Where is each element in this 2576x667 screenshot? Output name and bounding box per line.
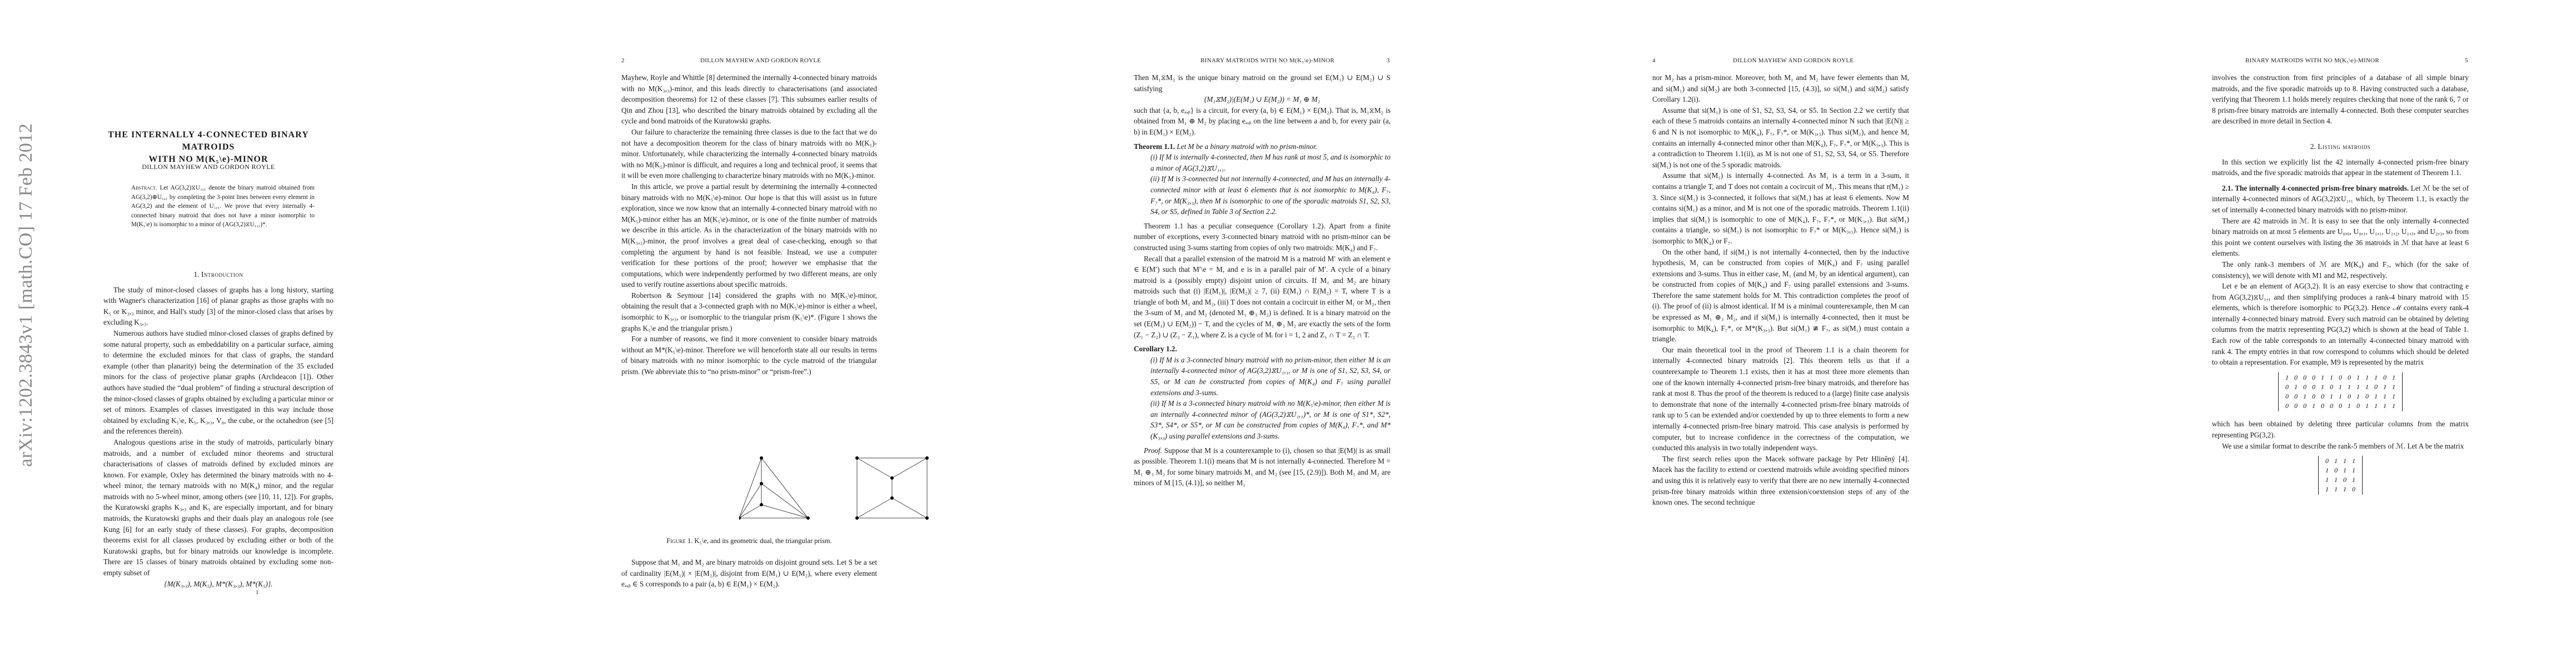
matrix-cell: 0 [2323, 457, 2331, 465]
paragraph: Numerous authors have studied minor-clos… [103, 328, 333, 437]
matrix-cell: 1 [2372, 402, 2380, 410]
matrix-cell: 1 [2381, 402, 2389, 410]
matrix-cell: 1 [2319, 374, 2326, 382]
page-3: BINARY MATROIDS WITH NO M(K₅\e)-MINOR 3 … [1134, 0, 1445, 667]
matrix-cell: 1 [2372, 392, 2380, 401]
paragraph: Our failure to characterize the remainin… [621, 127, 877, 181]
display-equation: (M₁⧖M₂)|(E(M₁) ∪ E(M₂)) = M₁ ⊕ M₂ [1134, 94, 1391, 105]
paragraph: Mayhew, Royle and Whittle [8] determined… [621, 72, 877, 127]
matrix-cell: 1 [2363, 374, 2371, 382]
matrix-cell: 1 [2390, 374, 2398, 382]
page-number: 2 [621, 57, 625, 64]
matrix-cell: 1 [2323, 476, 2331, 484]
matrix-cell: 1 [2332, 485, 2340, 494]
matrix-cell: 0 [2328, 402, 2335, 410]
paragraph: Assume that si(M₁) is one of S1, S2, S3,… [1652, 105, 1909, 171]
abstract: Abstract. Let AG(3,2)⧖U₁,₁ denote the bi… [131, 183, 315, 230]
page-2-after-figure: Suppose that M₁ and M₂ are binary matroi… [621, 557, 877, 590]
section-heading: 1. Introduction [103, 269, 333, 280]
matrix-cell: 1 [2354, 383, 2362, 391]
page-number: 3 [1387, 57, 1390, 64]
matrix-cell: 0 [2332, 466, 2340, 475]
page-3-body: Then M₁⧖M₂ is the unique binary matroid … [1134, 72, 1391, 489]
matrix-cell: 1 [2328, 374, 2335, 382]
matrix-cell: 1 [2350, 476, 2358, 484]
theorem-item: (i) If M is internally 4-connected, then… [1134, 152, 1391, 173]
matrix-cell: 0 [2292, 402, 2300, 410]
matrix-cell: 0 [2292, 374, 2300, 382]
paper-title: THE INTERNALLY 4-CONNECTED BINARY MATROI… [89, 129, 328, 166]
abstract-label: Abstract. [131, 185, 157, 191]
matrix-cell: 0 [2301, 383, 2309, 391]
matrix-cell: 1 [2341, 457, 2349, 465]
matrix-cell: 0 [2319, 402, 2326, 410]
matrix-cell: 1 [2283, 374, 2291, 382]
matrix-cell: 1 [2341, 466, 2349, 475]
figure-label: Figure 1. [666, 537, 692, 545]
matrix-cell: 1 [2341, 485, 2349, 494]
theorem-item: (ii) If M is 3-connected but not interna… [1134, 173, 1391, 217]
matrix-cell: 1 [2390, 392, 2398, 401]
paragraph: Theorem 1.1 has a peculiar consequence (… [1134, 221, 1391, 253]
running-head: DILLON MAYHEW AND GORDON ROYLE [1733, 57, 1853, 64]
matrix-cell: 0 [2283, 402, 2291, 410]
authors: DILLON MAYHEW AND GORDON ROYLE [89, 163, 328, 171]
matrix-cell: 0 [2336, 402, 2344, 410]
matrix-row: 1110 [2323, 485, 2358, 494]
matrix-cell: 1 [2381, 383, 2389, 391]
matrix-cell: 1 [2328, 392, 2335, 401]
paragraph: On the other hand, if si(M₁) is not inte… [1652, 247, 1909, 345]
matrix-cell: 0 [2372, 383, 2380, 391]
k5-minus-e-graph [739, 458, 808, 518]
matrix-row: 1000110011101 [2283, 374, 2398, 382]
matrix-cell: 1 [2381, 392, 2389, 401]
page-5: BINARY MATROIDS WITH NO M(K₅\e)-MINOR 5 … [2162, 0, 2473, 667]
matrix-row: 0001000101111 [2283, 402, 2398, 410]
page-number: 4 [1652, 57, 1656, 64]
matrix-cell: 0 [2301, 374, 2309, 382]
paragraph: The first search relies upon the Macek s… [1652, 454, 1909, 508]
matrix-a: 0111101111011110 [2318, 456, 2363, 495]
matrix-row: 1011 [2323, 466, 2358, 475]
paragraph: In this article, we prove a partial resu… [621, 181, 877, 290]
paragraph: Recall that a parallel extension of the … [1134, 253, 1391, 341]
matrix-m9: 1000110011101010010111101100100110101110… [2278, 372, 2403, 411]
matrix-cell: 1 [2292, 383, 2300, 391]
matrix-cell: 1 [2332, 476, 2340, 484]
page-4-body: nor M₂ has a prism-minor. Moreover, both… [1652, 72, 1909, 508]
matrix-cell: 0 [2283, 392, 2291, 401]
matrix-cell: 1 [2363, 383, 2371, 391]
page-1: THE INTERNALLY 4-CONNECTED BINARY MATROI… [0, 0, 356, 667]
paragraph: The only rank-3 members of ℳ are M(K₄) a… [2212, 259, 2469, 281]
corollary-item: (ii) If M is a 3-connected binary matroi… [1134, 398, 1391, 441]
paragraph: Our main theoretical tool in the proof o… [1652, 345, 1909, 454]
figure-1-caption: Figure 1. K₅\e, and its geometric dual, … [621, 537, 877, 545]
paragraph: In this section we explicitly list the 4… [2212, 157, 2469, 178]
subsection: 2.1. The internally 4-connected prism-fr… [2212, 183, 2469, 216]
page-4: 4 DILLON MAYHEW AND GORDON ROYLE nor M₂ … [1650, 0, 1961, 667]
matrix-row: 1101 [2323, 476, 2358, 484]
matrix-cell: 1 [2390, 402, 2398, 410]
paragraph: nor M₂ has a prism-minor. Moreover, both… [1652, 72, 1909, 105]
matrix-cell: 1 [2345, 402, 2353, 410]
paragraph: Then M₁⧖M₂ is the unique binary matroid … [1134, 72, 1391, 94]
matrix-m9-block: 1000110011101010010111101100100110101110… [2212, 372, 2469, 415]
matrix-cell: 0 [2301, 402, 2309, 410]
paragraph: We use a similar format to describe the … [2212, 441, 2469, 452]
matrix-cell: 0 [2345, 392, 2353, 401]
paragraph: such that {a, b, eₐ,ᵦ} is a circuit, for… [1134, 105, 1391, 138]
triangular-prism-graph [857, 458, 927, 518]
paragraph: For a number of reasons, we find it more… [621, 333, 877, 377]
paragraph: Robertson & Seymour [14] considered the … [621, 290, 877, 333]
matrix-cell: 0 [2292, 392, 2300, 401]
matrix-cell: 1 [2354, 374, 2362, 382]
paragraph: Analogous questions arise in the study o… [103, 437, 333, 579]
matrix-cell: 1 [2345, 383, 2353, 391]
matrix-cell: 1 [2372, 374, 2380, 382]
matrix-cell: 0 [2310, 392, 2318, 401]
page-number: 1 [256, 589, 259, 596]
matrix-cell: 1 [2323, 485, 2331, 494]
paragraph: The study of minor-closed classes of gra… [103, 285, 333, 328]
corollary-1-2: Corollary 1.2. [1134, 344, 1391, 355]
title-line-1: THE INTERNALLY 4-CONNECTED BINARY MATROI… [89, 129, 328, 153]
matrix-cell: 1 [2319, 383, 2326, 391]
matrix-cell: 0 [2328, 383, 2335, 391]
matrix-cell: 1 [2310, 402, 2318, 410]
matrix-cell: 1 [2390, 383, 2398, 391]
matrix-cell: 0 [2354, 402, 2362, 410]
paragraph: Let e be an element of AG(3,2). It is an… [2212, 281, 2469, 368]
matrix-row: 0010011010111 [2283, 392, 2398, 401]
matrix-cell: 0 [2310, 383, 2318, 391]
matrix-cell: 0 [2319, 392, 2326, 401]
matrix-cell: 0 [2350, 485, 2358, 494]
proof: Proof. Suppose that M is a counterexampl… [1134, 445, 1391, 489]
theorem-1-1: Theorem 1.1. Let M be a binary matroid w… [1134, 141, 1391, 152]
page-2-body: Mayhew, Royle and Whittle [8] determined… [621, 72, 877, 377]
paragraph: Assume that si(M₁) is internally 4-conne… [1652, 170, 1909, 246]
matrix-cell: 1 [2301, 392, 2309, 401]
display-equation: {M(K₃,₃), M(K₅), M*(K₃,₃), M*(K₅)}. [103, 579, 333, 590]
matrix-cell: 1 [2354, 392, 2362, 401]
matrix-cell: 0 [2336, 374, 2344, 382]
matrix-cell: 1 [2332, 457, 2340, 465]
page-1-body: 1. Introduction The study of minor-close… [103, 261, 333, 589]
matrix-row: 0111 [2323, 457, 2358, 465]
page-5-body: involves the construction from first pri… [2212, 72, 2469, 502]
matrix-a-block: 0111101111011110 [2212, 456, 2469, 498]
paragraph: There are 42 matroids in ℳ. It is easy t… [2212, 216, 2469, 259]
matrix-cell: 0 [2345, 374, 2353, 382]
paragraph: involves the construction from first pri… [2212, 72, 2469, 127]
running-head: BINARY MATROIDS WITH NO M(K₅\e)-MINOR [1200, 57, 1334, 64]
running-head: BINARY MATROIDS WITH NO M(K₅\e)-MINOR [2245, 57, 2379, 64]
matrix-cell: 1 [2363, 402, 2371, 410]
matrix-cell: 1 [2350, 466, 2358, 475]
page-2: 2 DILLON MAYHEW AND GORDON ROYLE Mayhew,… [611, 0, 923, 667]
paragraph: Suppose that M₁ and M₂ are binary matroi… [621, 557, 877, 590]
figure-caption-text: K₅\e, and its geometric dual, the triang… [694, 537, 831, 545]
matrix-cell: 0 [2310, 374, 2318, 382]
section-heading: 2. Listing matroids [2212, 141, 2469, 152]
abstract-text: Let AG(3,2)⧖U₁,₁ denote the binary matro… [131, 185, 315, 228]
corollary-item: (i) If M is a 3-connected binary matroid… [1134, 355, 1391, 398]
matrix-cell: 1 [2350, 457, 2358, 465]
figure-1 [739, 456, 939, 522]
matrix-cell: 0 [2363, 392, 2371, 401]
page-number: 5 [2465, 57, 2468, 64]
matrix-cell: 1 [2336, 383, 2344, 391]
matrix-cell: 0 [2283, 383, 2291, 391]
matrix-cell: 1 [2323, 466, 2331, 475]
matrix-cell: 0 [2341, 476, 2349, 484]
paragraph: which has been obtained by deleting thre… [2212, 419, 2469, 440]
matrix-cell: 0 [2381, 374, 2389, 382]
running-head: DILLON MAYHEW AND GORDON ROYLE [700, 57, 821, 64]
matrix-cell: 1 [2336, 392, 2344, 401]
matrix-row: 0100101111011 [2283, 383, 2398, 391]
